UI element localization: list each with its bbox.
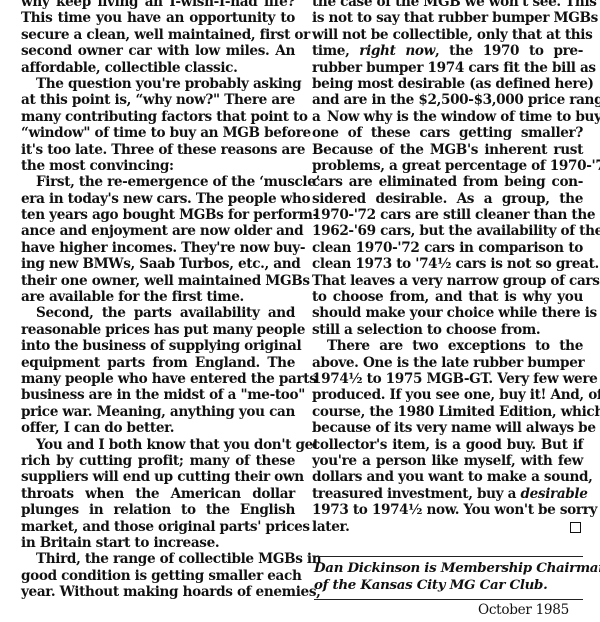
text-line: should make your choice while there is (312, 305, 583, 321)
text-line: era in today's new cars. The people who (21, 191, 295, 207)
text-line: it's too late. Three of these reasons ar… (21, 142, 295, 158)
text-line: 1974½ to 1975 MGB-GT. Very few were (312, 371, 583, 387)
text-line: rich by cutting profit; many of these (21, 453, 295, 469)
text-line: ance and enjoyment are now older and (21, 223, 295, 239)
text-line: equipment parts from England. The (21, 355, 295, 371)
end-of-article-icon (570, 522, 581, 533)
text-line: Now why is the window of time to buy (312, 109, 583, 125)
text-line: the case of the MGB we won't see. This (312, 0, 583, 10)
text-line: many people who have entered the parts (21, 371, 295, 387)
text-line: The question you're probably asking (21, 76, 295, 92)
text-line: cars are eliminated from being con- (312, 174, 583, 190)
text-line: collector's item, is a good buy. But if (312, 437, 583, 453)
text-line: being most desirable (as defined here) (312, 76, 583, 92)
text-line: throats when the American dollar (21, 486, 295, 502)
issue-date: October 1985 (478, 602, 569, 618)
byline-bottom-rule (314, 599, 583, 600)
text-line: above. One is the late rubber bumper (312, 355, 583, 371)
text-line: ten years ago bought MGBs for perform- (21, 207, 295, 223)
byline-line-1: Dan Dickinson is Membership Chairman (314, 560, 583, 577)
text-line: There are two exceptions to the (312, 338, 583, 354)
text-line: This time you have an opportunity to (21, 10, 295, 26)
text-line: at this point is, “why now?" There are (21, 92, 295, 108)
text-line: problems, a great percentage of 1970-'72 (312, 158, 583, 174)
text-line: Because of the MGB's inherent rust (312, 142, 583, 158)
byline-top-rule (314, 556, 583, 557)
text-line: affordable, collectible classic. (21, 60, 295, 76)
text-line: clean 1970-'72 cars in comparison to (312, 240, 583, 256)
text-line: are available for the first time. (21, 289, 295, 305)
text-line: suppliers will end up cutting their own (21, 469, 295, 485)
text-line: still a selection to choose from. (312, 322, 583, 338)
text-line: Third, the range of collectible MGBs in (21, 551, 295, 567)
text-line: ing new BMWs, Saab Turbos, etc., and (21, 256, 295, 272)
text-line: offer, I can do better. (21, 420, 295, 436)
text-line: have higher incomes. They're now buy- (21, 240, 295, 256)
text-line: later. (312, 519, 583, 535)
text-line: First, the re-emergence of the ‘muscle’ (21, 174, 295, 190)
text-line: to choose from, and that is why you (312, 289, 583, 305)
text-line: and are in the $2,500-$3,000 price range… (312, 92, 583, 108)
text-line: time, right now, the 1970 to pre- (312, 43, 583, 59)
text-line: many contributing factors that point to … (21, 109, 295, 125)
text-line: year. Without making hoards of enemies, (21, 584, 295, 600)
text-line: one of these cars getting smaller? (312, 125, 583, 141)
text-line: produced. If you see one, buy it! And, o… (312, 387, 583, 403)
text-line: market, and those original parts' prices (21, 519, 295, 535)
text-line: dollars and you want to make a sound, (312, 469, 583, 485)
text-line: treasured investment, buy a desirable (312, 486, 583, 502)
text-line: Second, the parts availability and (21, 305, 295, 321)
text-line: their one owner, well maintained MGBs (21, 273, 295, 289)
text-line: That leaves a very narrow group of cars (312, 273, 583, 289)
left-column: why keep living an I-wish-I-had life?Thi… (21, 0, 295, 600)
text-line: 1970-'72 cars are still cleaner than the (312, 207, 583, 223)
byline-line-2: of the Kansas City MG Car Club. (314, 577, 583, 594)
text-line: why keep living an I-wish-I-had life? (21, 0, 295, 10)
text-line: into the business of supplying original (21, 338, 295, 354)
text-line: sidered desirable. As a group, the (312, 191, 583, 207)
text-line: “window" of time to buy an MGB before (21, 125, 295, 141)
text-line: in Britain start to increase. (21, 535, 295, 551)
text-line: rubber bumper 1974 cars fit the bill as (312, 60, 583, 76)
text-line: because of its very name will always be … (312, 420, 583, 436)
text-line: will not be collectible, only that at th… (312, 27, 583, 43)
text-line: plunges in relation to the English (21, 502, 295, 518)
text-line: price war. Meaning, anything you can (21, 404, 295, 420)
text-line: you're a person like myself, with few (312, 453, 583, 469)
text-line: is not to say that rubber bumper MGBs (312, 10, 583, 26)
text-line: course, the 1980 Limited Edition, which (312, 404, 583, 420)
text-line: reasonable prices has put many people (21, 322, 295, 338)
author-byline: Dan Dickinson is Membership Chairman of … (314, 560, 583, 593)
text-line: the most convincing: (21, 158, 295, 174)
text-line: secure a clean, well maintained, first o… (21, 27, 295, 43)
text-line: business are in the midst of a "me-too" (21, 387, 295, 403)
text-line: good condition is getting smaller each (21, 568, 295, 584)
text-line: second owner car with low miles. An (21, 43, 295, 59)
right-column: the case of the MGB we won't see. Thisis… (312, 0, 583, 535)
text-line: 1962-'69 cars, but the availability of t… (312, 223, 583, 239)
text-line: 1973 to 1974½ now. You won't be sorry (312, 502, 583, 518)
text-line: clean 1973 to '74½ cars is not so great. (312, 256, 583, 272)
text-line: You and I both know that you don't get (21, 437, 295, 453)
